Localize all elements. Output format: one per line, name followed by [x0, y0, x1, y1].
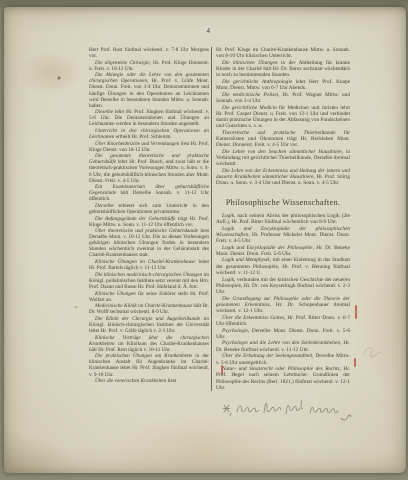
handwriting-stroke	[286, 400, 303, 414]
red-pencil-mark	[355, 305, 357, 319]
column-left: Herr Prof. Rust fünfmal wöchentl. v. 7-8…	[89, 47, 209, 387]
lecture-paragraph: Ein Examinatorium über geburtshülfliche …	[89, 184, 209, 202]
handwriting-stroke	[341, 415, 351, 420]
lecture-paragraph: Die gesammte theoretische und praktische…	[89, 153, 209, 183]
lecture-paragraph: Klinische Übungen im Charité-Krankenhaus…	[89, 259, 209, 271]
column-right-medicine-section: Hr. Prof. Kluge im Charité-Krankenhause …	[216, 47, 350, 187]
page-number: 4	[82, 27, 335, 35]
course-title: Über die venerischen Krankheiten	[95, 378, 168, 384]
lecture-paragraph: Die klinischen Übungen in der Abtheilung…	[216, 60, 350, 78]
lecture-paragraph: Die gerichtliche Anthropologie lehrt Her…	[216, 79, 350, 91]
lecture-paragraph: Die Lehre von der Erkenntniss und Heilun…	[216, 168, 350, 186]
lecture-paragraph: Logik und Encyklopädie der philosophisch…	[216, 226, 350, 244]
lecture-paragraph: Die Akiurgie oder die Lehre von den gesa…	[89, 72, 209, 108]
red-pencil-mark	[354, 358, 356, 367]
lecture-paragraph: Die Anfangsgründe der Geburtshülfe trägt…	[89, 216, 209, 228]
handwritten-annotation	[220, 393, 358, 425]
lecture-paragraph: Die klinischen medicinisch-chirurgischen…	[89, 272, 209, 290]
course-title: Logik,	[222, 213, 237, 219]
lecture-paragraph: Klinische Vorträge über die chirurgische…	[89, 335, 209, 353]
course-title: Die gerichtliche Medicin	[222, 105, 279, 111]
course-title: Über die Erhaltung der Seelengesundheit,	[222, 353, 315, 359]
course-title: Über die Erkenntniss Gottes,	[222, 315, 287, 321]
course-title: Logik und Encyklopädie der Philosophie,	[222, 245, 316, 251]
lecture-paragraph: Klinische Übungen für seine Zuhörer stel…	[89, 291, 209, 303]
course-title: Die gerichtliche Anthropologie	[222, 79, 296, 85]
handwriting-asterisk	[223, 405, 231, 416]
lecture-paragraph: Über die venerischen Krankheiten liest	[89, 378, 209, 384]
handwriting-stroke	[310, 407, 338, 413]
lecture-paragraph: Über Knochenbrüche und Verrenkungen lies…	[89, 141, 209, 153]
lecture-paragraph: Psychologie, Derselbe Mont. Dienst. Donn…	[216, 328, 350, 340]
course-details: ertheilt Hr. Prof. Schlemm.	[116, 134, 172, 140]
lecture-paragraph: Die praktischen Übungen am Krankenbette …	[89, 353, 209, 377]
column-divider	[211, 47, 212, 391]
scanned-page-background: 4 Herr Prof. Rust fünfmal wöchentl. v. 7…	[0, 0, 408, 480]
lecture-paragraph: Theoretische und praktische Thierheilkun…	[216, 130, 350, 148]
lecture-paragraph: Die Klinik der Chirurgie und Augenheilku…	[89, 316, 209, 334]
lecture-paragraph: Medicinische Klinik im Charité-Krankenha…	[89, 303, 209, 315]
course-title: Logik,	[222, 277, 237, 283]
course-details: verbunden mit der kritischen Geschichte …	[216, 277, 350, 295]
lecture-paragraph: Die Grundlegung zur Philosophie oder die…	[216, 296, 350, 314]
course-details: Hr. Prof. Kluge im Charité-Krankenhause …	[216, 47, 350, 59]
lecture-paragraph: Logik, nach seinem Abriss der philosophi…	[216, 213, 350, 225]
book-page: 4 Herr Prof. Rust fünfmal wöchentl. v. 7…	[4, 7, 406, 473]
course-title: Die medicinische Polizei,	[222, 92, 283, 98]
handwriting-stroke	[237, 406, 259, 412]
lecture-paragraph: Über die Erhaltung der Seelengesundheit,…	[216, 353, 350, 365]
handwriting-stroke	[264, 403, 281, 413]
red-pencil-mark	[221, 365, 223, 375]
lecture-paragraph: Die allgemeine Chirurgie, Hr. Prof. Klug…	[89, 60, 209, 72]
course-title: Logik und Metaphysik,	[222, 257, 273, 263]
course-title: Psychologie und die Lehre von den Seelen…	[222, 340, 343, 346]
lecture-paragraph: Die Lehre von den Seuchen sämmtlicher Ha…	[216, 149, 350, 167]
lecture-paragraph: Derselbe erbietet sich zum Unterricht in…	[89, 203, 209, 215]
lecture-paragraph: Dieselbe lehrt Hr. Prof. Jüngken fünfmal…	[89, 109, 209, 127]
lecture-paragraph: Über die Erkenntniss Gottes, Hr. Prof. R…	[216, 315, 350, 327]
course-title: Psychologie,	[222, 328, 252, 334]
course-title: Die klinischen Übungen	[222, 60, 281, 66]
column-right-philosophy-section: Logik, nach seinem Abriss der philosophi…	[216, 213, 350, 391]
column-right: Hr. Prof. Kluge im Charité-Krankenhause …	[216, 47, 350, 399]
course-details: nach seinem Abriss der philosophischen L…	[216, 213, 350, 225]
lecture-paragraph: Die gerichtliche Medicin für Mediciner u…	[216, 105, 350, 130]
course-details: liest	[168, 378, 177, 384]
lecture-paragraph: Herr Prof. Rust fünfmal wöchentl. v. 7-8…	[89, 47, 209, 59]
lecture-paragraph: Hr. Prof. Kluge im Charité-Krankenhause …	[216, 47, 350, 59]
section-heading-philosophy: Philosophische Wissenschaften.	[216, 198, 350, 207]
lecture-paragraph: Psychologie und die Lehre von den Seelen…	[216, 340, 350, 352]
course-title: Die Lehre von den Seuchen sämmtlicher Ha…	[222, 149, 346, 155]
lecture-paragraph: Über theoretische und praktische Geburts…	[89, 228, 209, 258]
course-details: Herr Prof. Rust fünfmal wöchentl. v. 7-8…	[89, 47, 209, 59]
lecture-paragraph: Logik, verbunden mit der kritischen Gesc…	[216, 277, 350, 295]
lecture-paragraph: Natur- und Staatsrecht oder Philosophie …	[216, 366, 350, 391]
lecture-paragraph: Logik und Metaphysik, mit einer Einleitu…	[216, 257, 350, 275]
pencil-scribble	[360, 341, 386, 361]
lecture-paragraph: Die medicinische Polizei, Hr. Prof. Wagn…	[216, 92, 350, 104]
scribble-stroke	[364, 348, 381, 358]
lecture-paragraph: Unterricht in den chirurgischen Operatio…	[89, 128, 209, 140]
lecture-paragraph: Logik und Encyklopädie der Philosophie, …	[216, 245, 350, 257]
